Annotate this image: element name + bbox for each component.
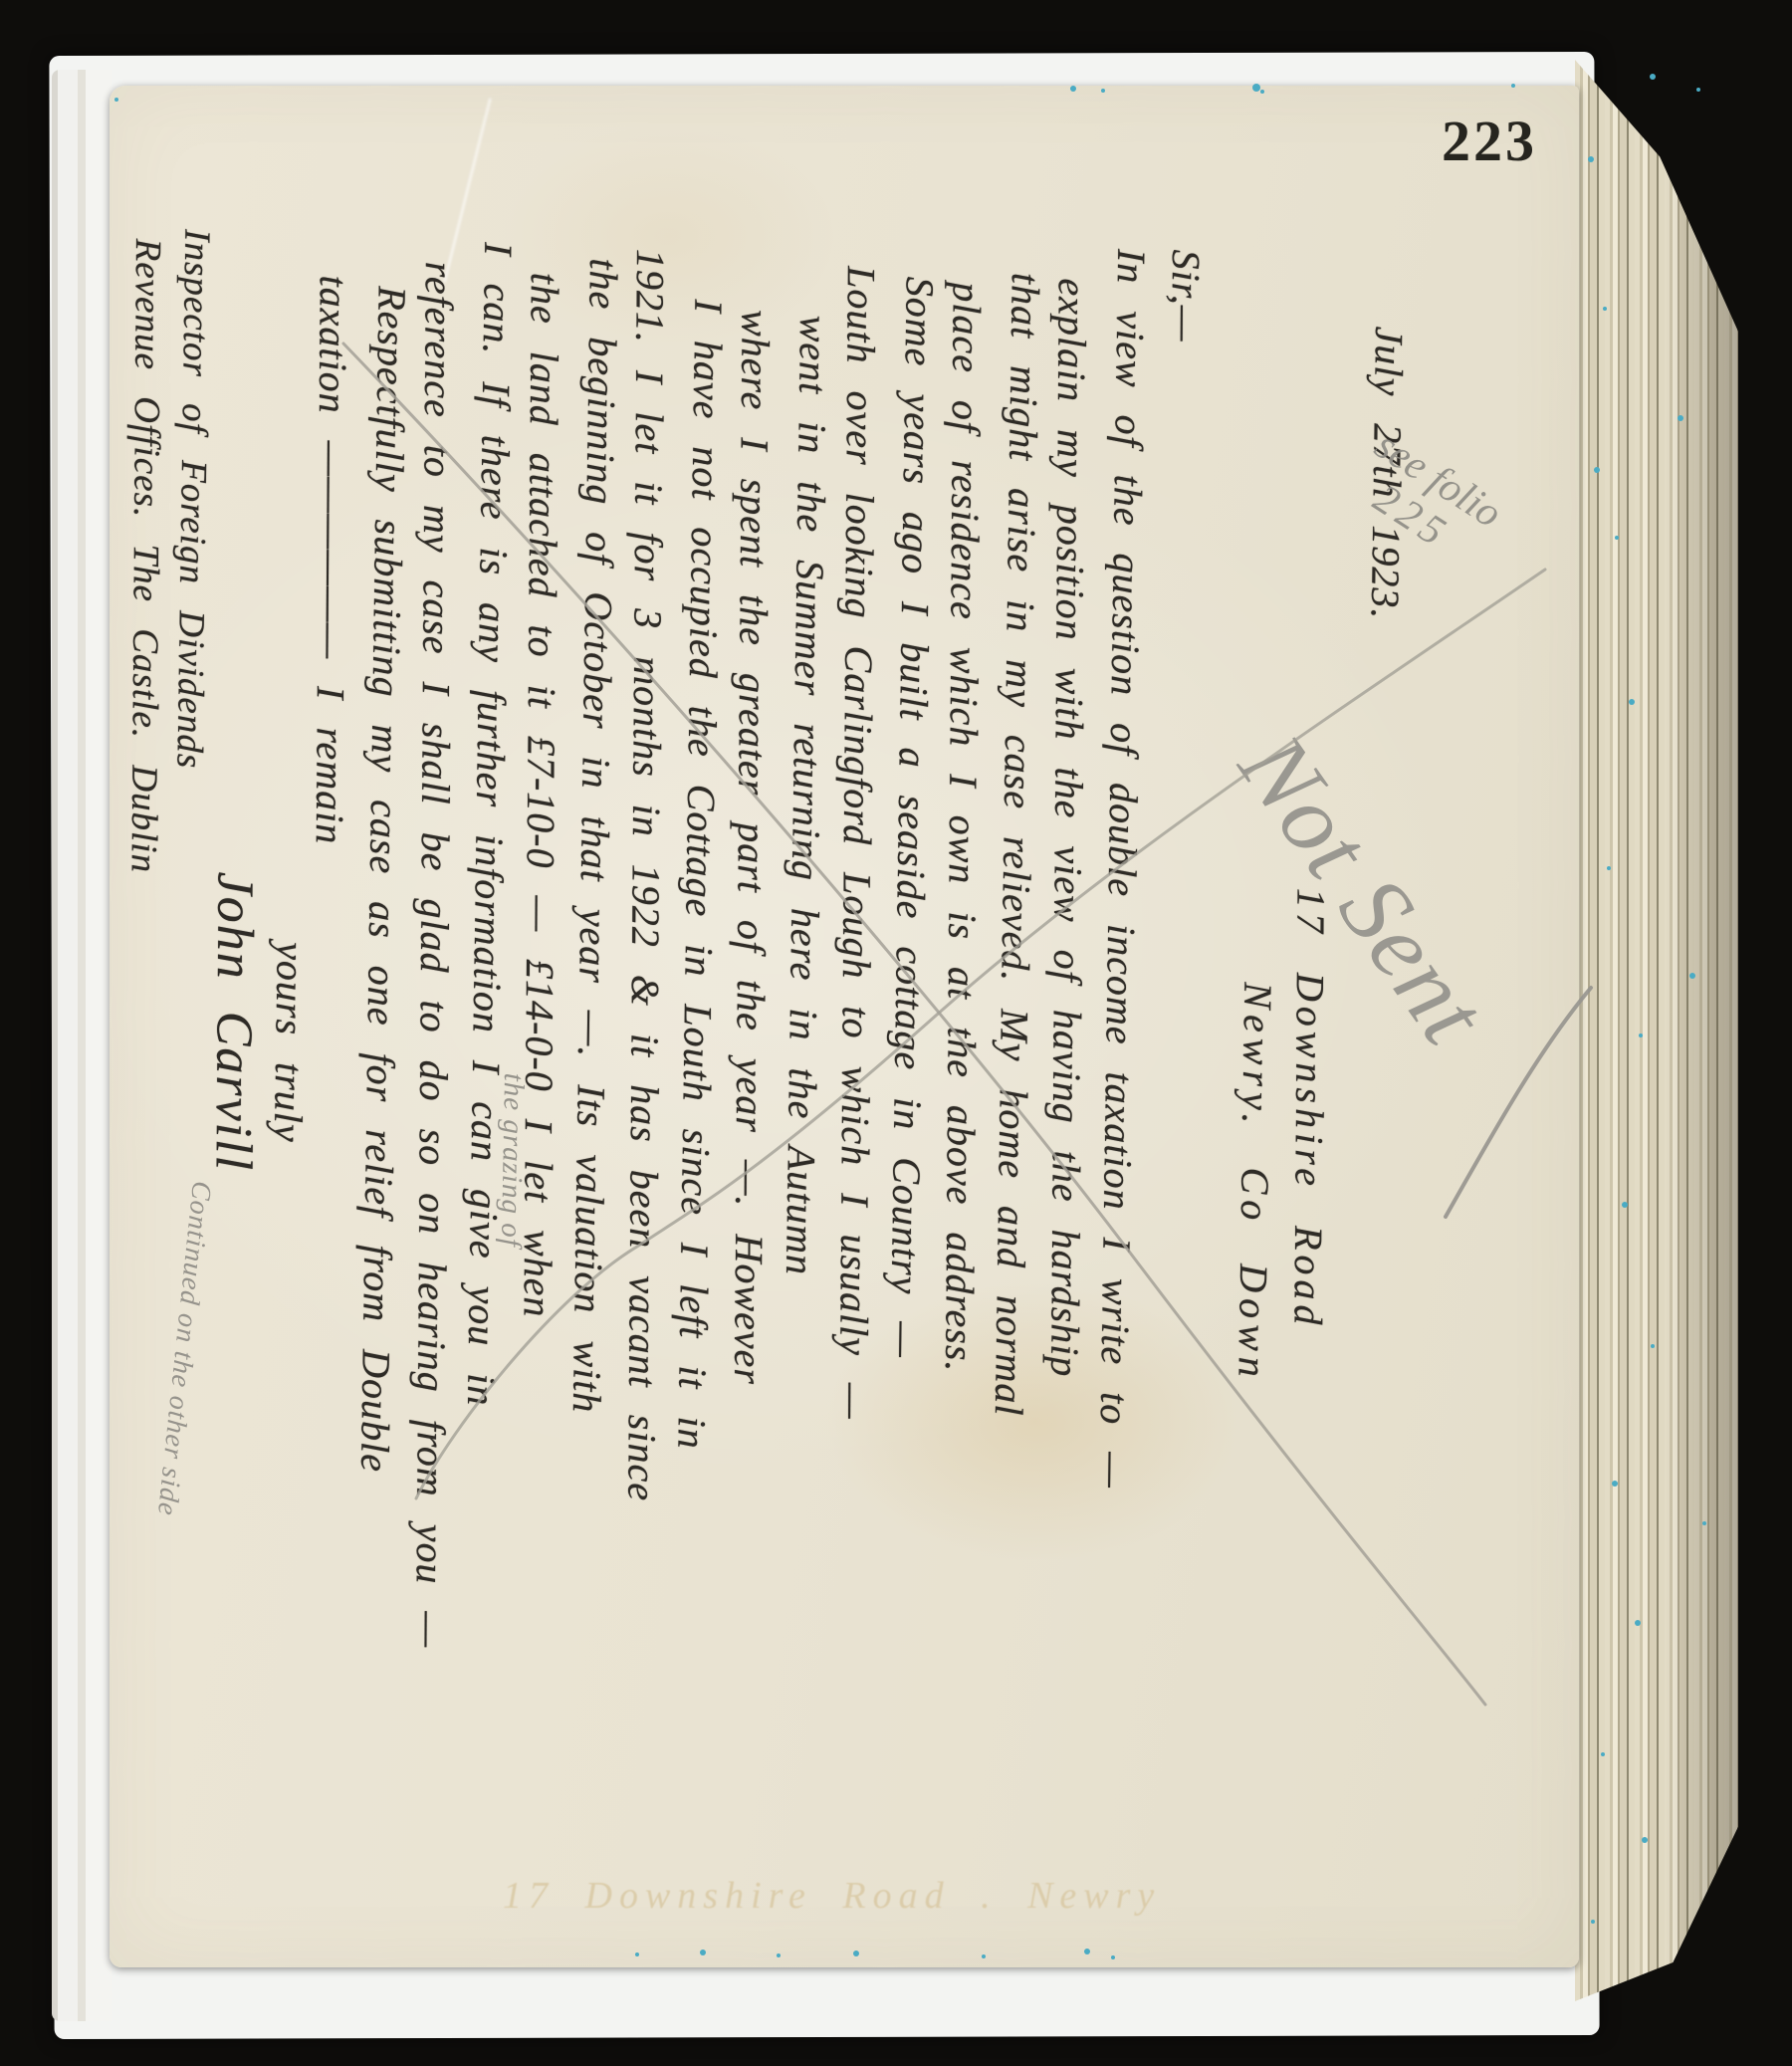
book-fore-edge-pages — [1575, 60, 1738, 2001]
letter-salutation: Sir,— — [1149, 224, 1213, 1857]
handwritten-letter: July 27th 1923. 17 Downshire Road Newry.… — [73, 213, 1414, 1860]
page-number: 223 — [1442, 108, 1537, 174]
book-photo: 223 17 Downshire Road . Newry July 27th … — [0, 0, 1792, 2066]
pencil-interlineation: the grazing of — [494, 1072, 530, 1248]
ink-offset-ghost-text: 17 Downshire Road . Newry — [503, 1874, 1161, 1918]
